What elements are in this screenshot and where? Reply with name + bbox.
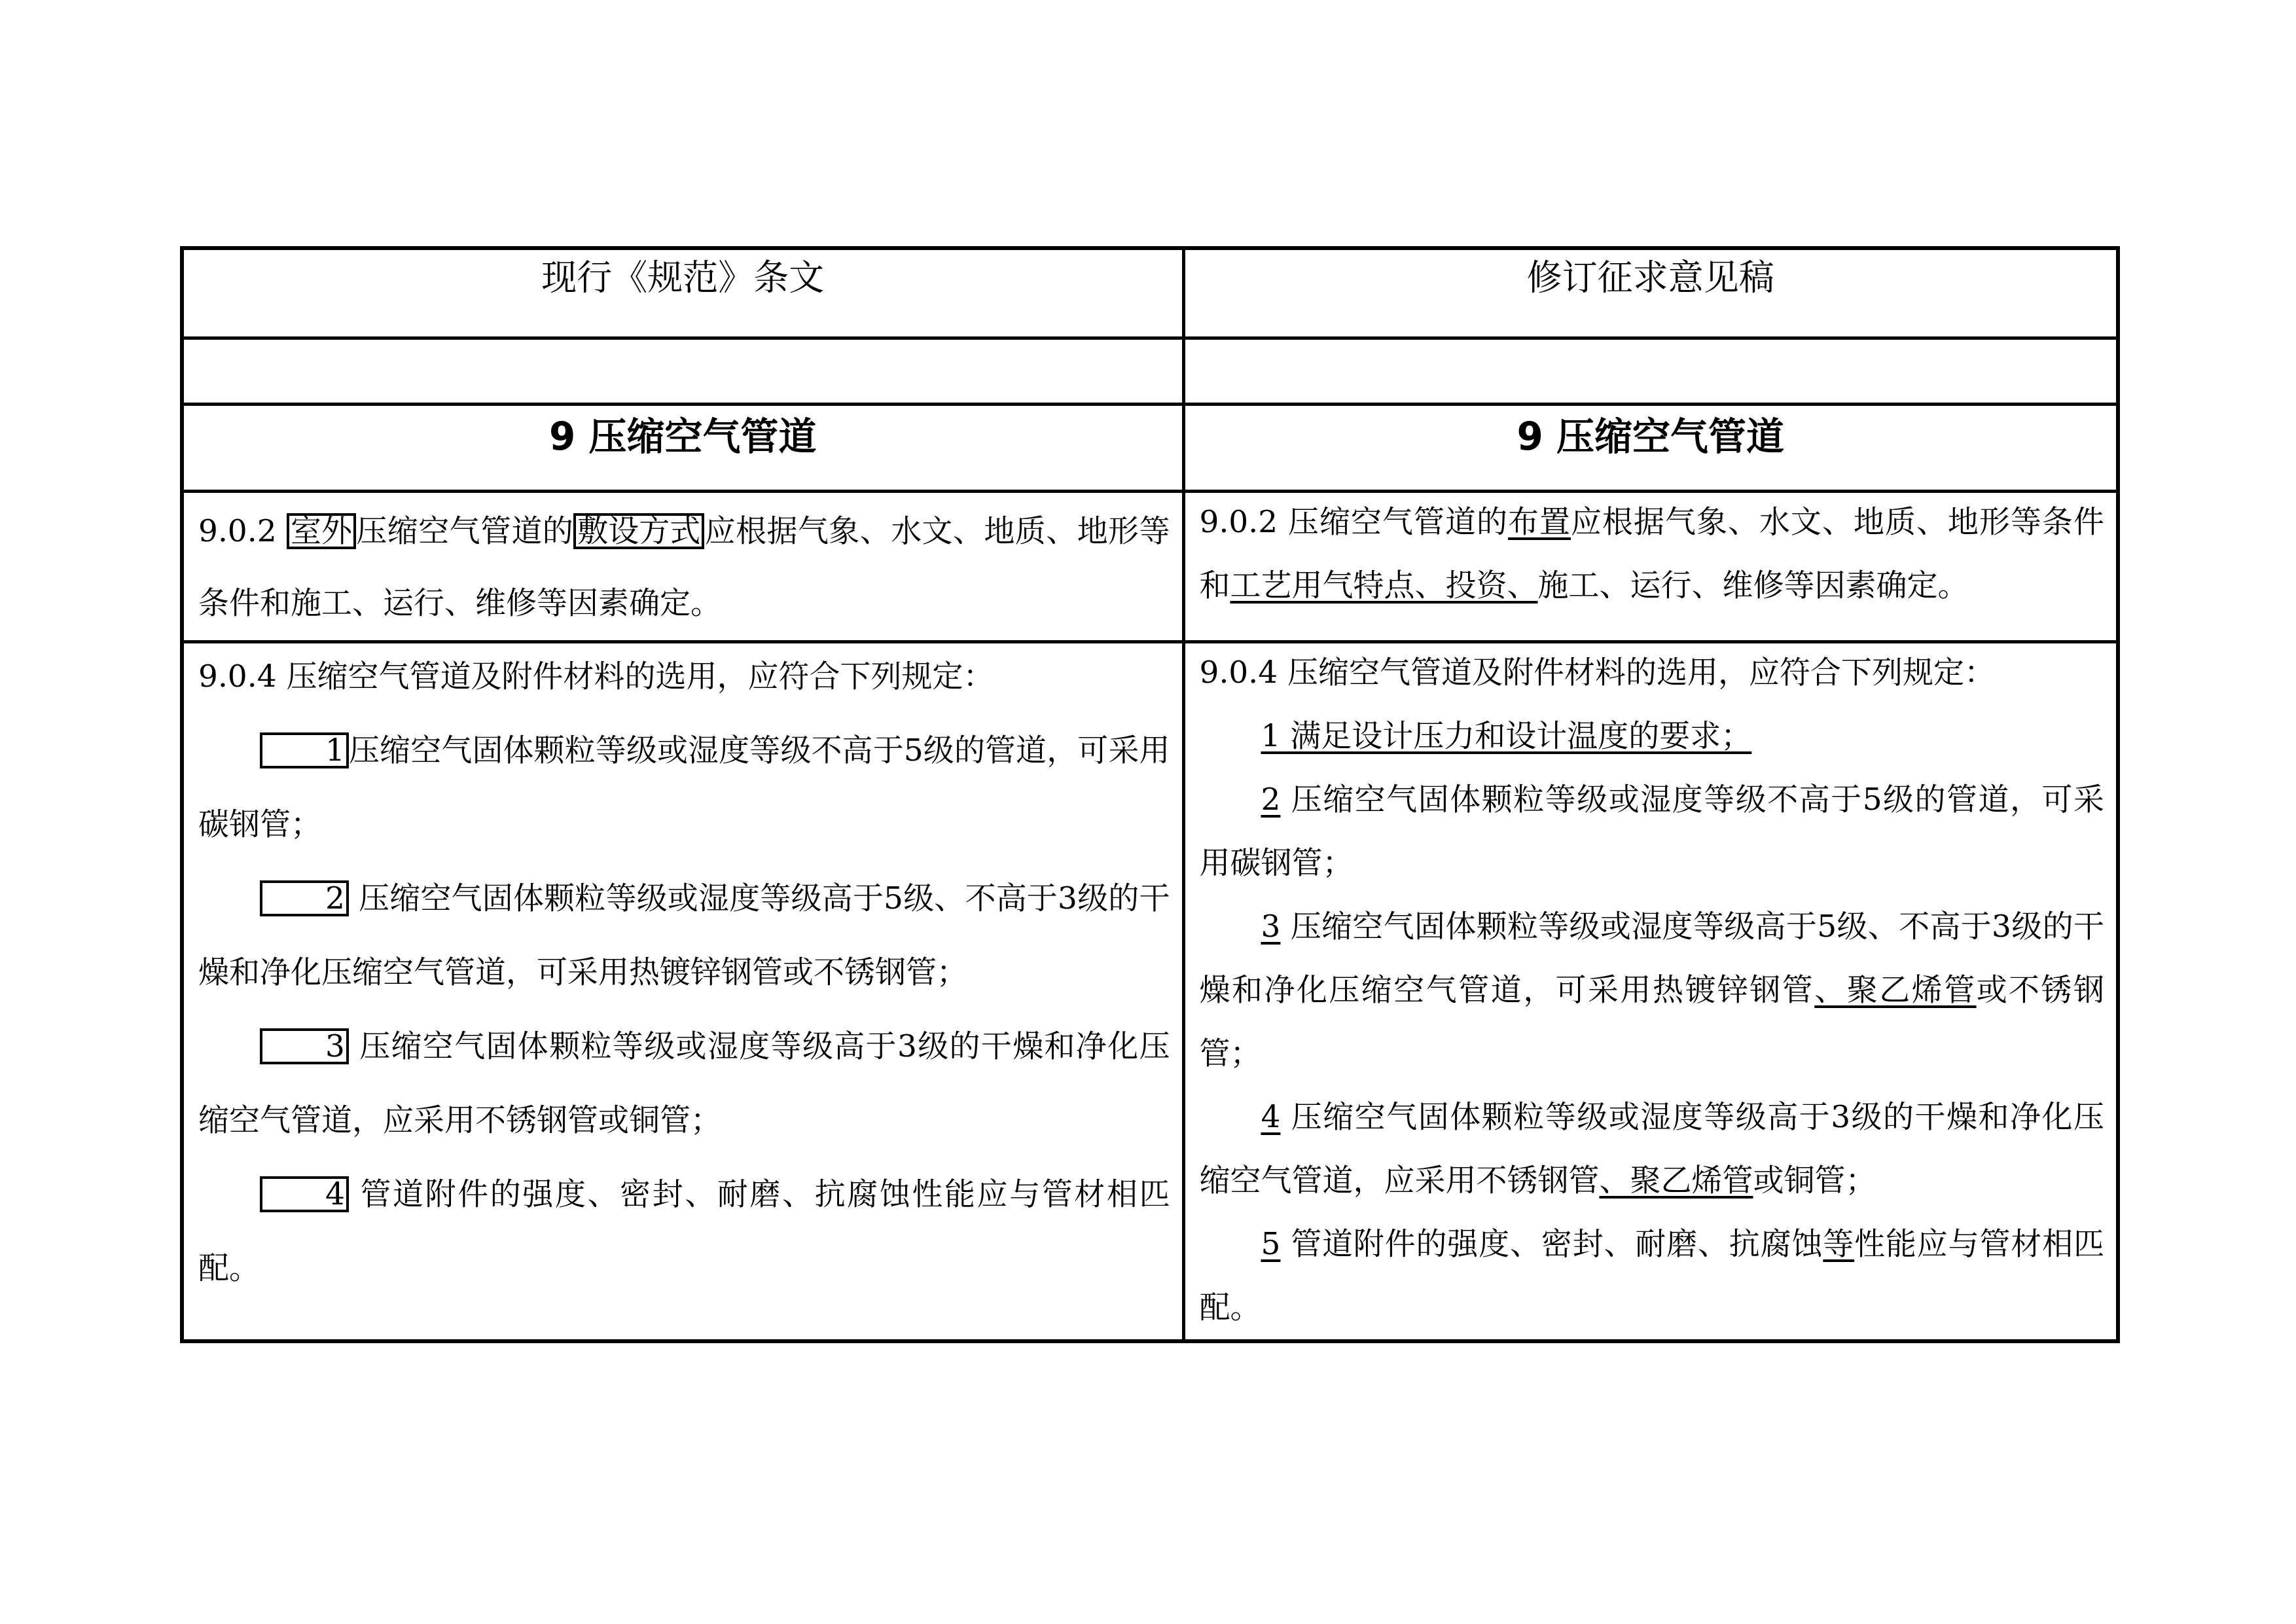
underlined-addition: 等	[1823, 1226, 1854, 1262]
item-number: 4	[1261, 1099, 1281, 1135]
chapter-row: 9 压缩空气管道 9 压缩空气管道	[182, 405, 2118, 492]
clause-904-row: 9.0.4 压缩空气管道及附件材料的选用，应符合下列规定： 1压缩空气固体颗粒等…	[182, 642, 2118, 1342]
underlined-addition: 、聚乙烯管	[1814, 972, 1976, 1008]
header-row: 现行《规范》条文 修订征求意见稿	[182, 248, 2118, 338]
list-item: 4 压缩空气固体颗粒等级或湿度等级高于3级的干燥和净化压缩空气管道，应采用不锈钢…	[1200, 1085, 2105, 1212]
clause-intro: 9.0.4 压缩空气管道及附件材料的选用，应符合下列规定：	[198, 640, 1170, 713]
clause-902-revised: 9.0.2 压缩空气管道的布置应根据气象、水文、地质、地形等条件和工艺用气特点、…	[1183, 492, 2118, 642]
clause-intro: 9.0.4 压缩空气管道及附件材料的选用，应符合下列规定：	[1200, 641, 2105, 704]
clause-number: 9.0.2	[198, 513, 287, 549]
boxed-item-number: 2	[260, 880, 349, 916]
item-number: 5	[1261, 1226, 1281, 1262]
clause-902-current: 9.0.2 室外压缩空气管道的敷设方式应根据气象、水文、地质、地形等条件和施工、…	[182, 492, 1183, 642]
underlined-addition: 工艺用气特点、投资、	[1230, 568, 1538, 604]
item-number: 2	[1261, 782, 1281, 818]
comparison-table: 现行《规范》条文 修订征求意见稿 9 压缩空气管道 9 压缩空气管道 9.0.2…	[180, 246, 2120, 1343]
boxed-deletion: 室外	[287, 513, 356, 549]
boxed-item-number: 3	[260, 1028, 349, 1064]
boxed-item-number: 4	[260, 1176, 349, 1212]
list-item: 3 压缩空气固体颗粒等级或湿度等级高于5级、不高于3级的干燥和净化压缩空气管道，…	[1200, 895, 2105, 1085]
list-item: 5 管道附件的强度、密封、耐磨、抗腐蚀等性能应与管材相匹配。	[1200, 1212, 2105, 1339]
list-item: 2 压缩空气固体颗粒等级或湿度等级高于5级、不高于3级的干燥和净化压缩空气管道，…	[198, 861, 1170, 1009]
clause-text: 压缩空气管道的	[356, 513, 573, 549]
blank-row	[182, 338, 2118, 405]
document-page: 现行《规范》条文 修订征求意见稿 9 压缩空气管道 9 压缩空气管道 9.0.2…	[0, 0, 2296, 1624]
list-item: 1压缩空气固体颗粒等级或湿度等级不高于5级的管道，可采用碳钢管；	[198, 713, 1170, 861]
list-item: 4 管道附件的强度、密封、耐磨、抗腐蚀性能应与管材相匹配。	[198, 1157, 1170, 1305]
underlined-addition: 1 满足设计压力和设计温度的要求；	[1261, 718, 1752, 754]
chapter-title-left: 9 压缩空气管道	[182, 405, 1183, 492]
blank-cell-left	[182, 338, 1183, 405]
item-text: 或铜管；	[1753, 1163, 1876, 1199]
blank-cell-right	[1183, 338, 2118, 405]
clause-904-current: 9.0.4 压缩空气管道及附件材料的选用，应符合下列规定： 1压缩空气固体颗粒等…	[182, 642, 1183, 1342]
clause-text: 施工、运行、维修等因素确定。	[1538, 568, 1969, 604]
item-text: 压缩空气固体颗粒等级或湿度等级不高于5级的管道，可采用碳钢管；	[1200, 782, 2105, 881]
header-revision-draft: 修订征求意见稿	[1183, 248, 2118, 338]
list-item: 1 满足设计压力和设计温度的要求；	[1200, 704, 2105, 768]
list-item: 2 压缩空气固体颗粒等级或湿度等级不高于5级的管道，可采用碳钢管；	[1200, 768, 2105, 895]
header-current-clause: 现行《规范》条文	[182, 248, 1183, 338]
boxed-item-number: 1	[260, 732, 349, 768]
list-item: 3 压缩空气固体颗粒等级或湿度等级高于3级的干燥和净化压缩空气管道，应采用不锈钢…	[198, 1009, 1170, 1157]
boxed-deletion: 敷设方式	[573, 513, 704, 549]
clause-number: 9.0.2	[1200, 504, 1289, 540]
clause-904-revised: 9.0.4 压缩空气管道及附件材料的选用，应符合下列规定： 1 满足设计压力和设…	[1183, 642, 2118, 1342]
item-text: 管道附件的强度、密封、耐磨、抗腐蚀	[1280, 1226, 1823, 1262]
item-number: 3	[1261, 909, 1281, 945]
underlined-addition: 布置	[1508, 504, 1571, 540]
clause-text: 压缩空气管道的	[1288, 504, 1508, 540]
clause-902-row: 9.0.2 室外压缩空气管道的敷设方式应根据气象、水文、地质、地形等条件和施工、…	[182, 492, 2118, 642]
chapter-title-right: 9 压缩空气管道	[1183, 405, 2118, 492]
underlined-addition: 、聚乙烯管	[1600, 1163, 1753, 1199]
